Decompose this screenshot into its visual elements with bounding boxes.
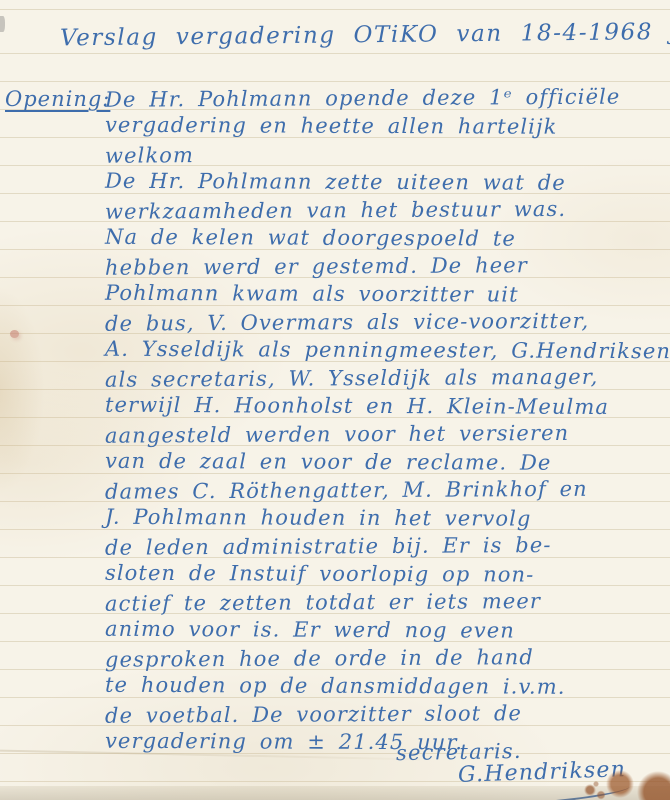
handwritten-line: sloten de Instuif voorlopig op non- xyxy=(105,559,670,589)
handwritten-line: hebben werd er gestemd. De heer xyxy=(105,250,670,281)
handwritten-line: van de zaal en voor de reclame. De xyxy=(105,447,670,477)
handwritten-line: A. Ysseldijk als penningmeester, G.Hendr… xyxy=(105,335,670,365)
handwritten-line: gesproken hoe de orde in de hand xyxy=(105,642,670,673)
bottom-scan-shadow xyxy=(0,786,670,800)
handwritten-line: de bus, V. Overmars als vice-voorzitter, xyxy=(105,306,670,337)
handwritten-line: animo voor is. Er werd nog even xyxy=(105,615,670,645)
document-title: Verslag vergadering OTiKO van 18-4-1968 … xyxy=(60,19,670,52)
handwritten-line: Na de kelen wat doorgespoeld te xyxy=(105,223,670,253)
handwritten-line: aangesteld werden voor het versieren xyxy=(105,418,670,449)
left-edge-mark xyxy=(0,16,5,32)
opening-section-label: Opening: xyxy=(5,87,110,111)
small-pink-stain xyxy=(10,330,19,338)
handwritten-line: J. Pohlmann houden in het vervolg xyxy=(105,503,670,533)
left-edge-smudge-stain xyxy=(0,285,45,495)
handwritten-line: welkom xyxy=(105,138,670,169)
handwritten-line: als secretaris, W. Ysseldijk als manager… xyxy=(105,362,670,393)
handwritten-line: te houden op de dansmiddagen i.v.m. xyxy=(105,671,670,701)
coffee-stain-cluster xyxy=(578,768,670,800)
handwritten-line: dames C. Röthengatter, M. Brinkhof en xyxy=(105,474,670,505)
handwritten-line: de leden administratie bij. Er is be- xyxy=(105,530,670,561)
handwritten-line: de voetbal. De voorzitter sloot de xyxy=(105,698,670,729)
handwritten-line: actief te zetten totdat er iets meer xyxy=(105,586,670,617)
handwritten-line: vergadering en heette allen hartelijk xyxy=(105,111,670,141)
handwritten-line: werkzaamheden van het bestuur was. xyxy=(105,194,670,225)
handwritten-line: Pohlmann kwam als voorzitter uit xyxy=(105,279,670,309)
handwritten-line: De Hr. Pohlmann opende deze 1ᵉ officiële xyxy=(105,82,670,113)
handwritten-line: De Hr. Pohlmann zette uiteen wat de xyxy=(105,167,670,197)
handwritten-line: terwijl H. Hoonholst en H. Klein-Meulma xyxy=(105,391,670,421)
handwritten-body: De Hr. Pohlmann opende deze 1ᵉ officiële… xyxy=(105,84,670,756)
scanned-document-page: Verslag vergadering OTiKO van 18-4-1968 … xyxy=(0,0,670,800)
